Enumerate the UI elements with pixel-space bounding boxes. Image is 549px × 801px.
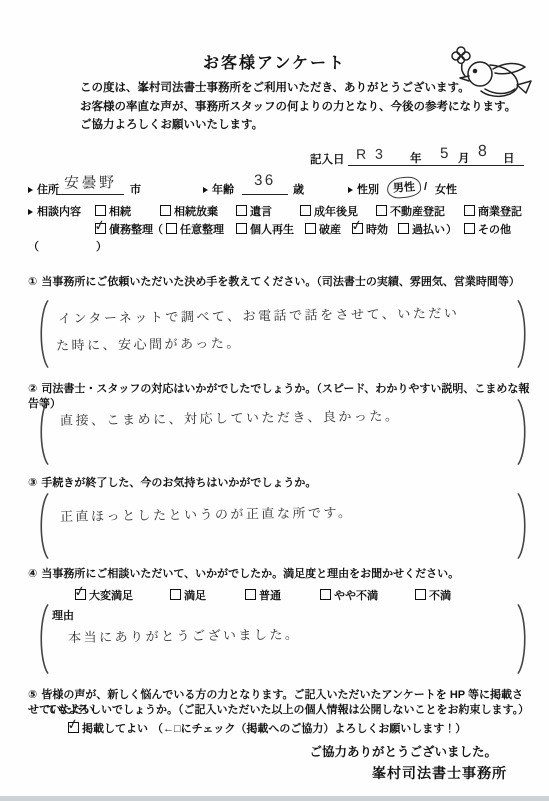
date-line: 記入日 [310, 151, 345, 167]
address-label: 住所 [28, 181, 59, 197]
handwritten-answer-2-line1: 直接、こまめに、対応していただき、良かった。 [60, 405, 401, 429]
checkbox-inheritance-waiver: 相続放棄 [160, 203, 218, 219]
checkbox-box [170, 589, 181, 600]
age-field: 36 [242, 172, 288, 195]
checkbox-box [464, 205, 475, 216]
left-paren-icon [36, 603, 50, 675]
footer-office-name: 峯村司法書士事務所 [372, 763, 507, 783]
checkbox-box [464, 223, 475, 234]
checkbox-box [300, 205, 311, 216]
checkbox-real-estate-registration: 不動産登記 [376, 203, 445, 219]
answer-box-4: 理由 本当にありがとうございました。 [36, 603, 530, 675]
bullet-icon [348, 187, 353, 193]
question-4-number: ④ [28, 567, 37, 582]
age-handwritten: 36 [254, 172, 276, 189]
checkbox-bankruptcy: 破産 [305, 221, 341, 237]
consultation-label: 相談内容 [28, 203, 81, 219]
date-label: 記入日 [310, 154, 345, 166]
gender-male-circled: 男性 [386, 176, 421, 199]
checkbox-prescription: 時効 [352, 221, 388, 237]
question-2-number: ② [28, 382, 37, 397]
checkbox-box [398, 223, 409, 234]
consent-note: （←□にチェック（掲載へのご協力）よろしくお願いします！） [152, 720, 466, 736]
question-4: ④当事務所にご相談いただいて、いかがでしたか。満足度と理由をお聞かせください。 [28, 567, 533, 582]
checkbox-box [245, 589, 256, 600]
left-paren-icon [36, 398, 50, 466]
checkbox-satisfied: 満足 [170, 587, 206, 603]
bullet-icon [203, 187, 208, 193]
gender-label: 性別 [348, 181, 379, 197]
right-paren-icon [516, 603, 530, 675]
question-5-text-line2: てもよろしいでしょうか。（ご記入いただいた以上の個人情報は公開しないことをお約束… [46, 703, 549, 718]
date-underline: R 3 年 5 月 8 日 [348, 140, 524, 166]
date-month-handwritten: 5 [440, 145, 451, 162]
question-3-number: ③ [28, 476, 37, 491]
checkbox-box [236, 205, 247, 216]
age-label: 年齢 [203, 181, 234, 197]
answer-box-2: 直接、こまめに、対応していただき、良かった。 [36, 398, 530, 466]
checkbox-adult-guardianship: 成年後見 [300, 203, 358, 219]
checkbox-box [376, 205, 387, 216]
bird-with-clover-icon [446, 44, 536, 108]
checkbox-box [95, 223, 106, 234]
checkbox-will: 遺言 [236, 203, 272, 219]
left-paren-icon [36, 492, 50, 560]
question-4-text: 当事務所にご相談いただいて、いかがでしたか。満足度と理由をお聞かせください。 [41, 568, 459, 580]
checkbox-box [95, 205, 106, 216]
blank-paren-close: ） [96, 238, 107, 254]
gender-separator: / [424, 181, 427, 193]
question-3-text: 手続きが終了した、今のお気持ちはいかがでしょうか。 [41, 477, 316, 489]
question-3: ③手続きが終了した、今のお気持ちはいかがでしょうか。 [28, 476, 533, 491]
right-paren-icon [516, 492, 530, 560]
checkbox-personal-rehabilitation: 個人再生 [236, 221, 294, 237]
scan-page-edge [0, 796, 549, 801]
bullet-icon [28, 187, 33, 193]
age-suffix: 歳 [293, 181, 304, 197]
checkbox-overpayment: 過払い [398, 221, 445, 237]
checkbox-dissatisfied: 不満 [415, 587, 451, 603]
paren-open: （ [152, 221, 163, 237]
blank-paren-open: （ [28, 238, 39, 254]
question-1: ①当事務所にご依頼いただいた決め手を教えてください。（司法書士の実績、雰囲気、営… [28, 275, 533, 290]
checkbox-box [68, 722, 79, 733]
checkbox-box [236, 223, 247, 234]
handwritten-answer-3-line1: 正直ほっとしたというのが正直な所です。 [60, 502, 354, 525]
date-unit-month: 月 [458, 150, 470, 166]
checkbox-box [166, 223, 177, 234]
date-era-handwritten: R 3 [356, 146, 386, 162]
address-suffix: 市 [130, 181, 141, 197]
checkbox-box [320, 589, 331, 600]
checkbox-box [75, 589, 86, 600]
checkbox-debt-consolidation: 債務整理 [95, 221, 153, 237]
address-field: 安曇野 [56, 172, 124, 195]
checkbox-box [160, 205, 171, 216]
checkbox-somewhat-dissatisfied: やや不満 [320, 587, 378, 603]
answer-box-3: 正直ほっとしたというのが正直な所です。 [36, 492, 530, 560]
answer-box-1: インターネットで調べて、お電話で話をさせて、いただい た時に、安心間があった。 [36, 299, 530, 369]
right-paren-icon [516, 299, 530, 369]
checkbox-neutral: 普通 [245, 587, 281, 603]
bullet-icon [28, 209, 33, 215]
checkbox-voluntary-liquidation: 任意整理 [166, 221, 224, 237]
checkbox-other: その他 [464, 221, 511, 237]
date-unit-year: 年 [410, 150, 422, 166]
checkbox-very-satisfied: 大変満足 [75, 587, 133, 603]
checkbox-box [305, 223, 316, 234]
address-handwritten: 安曇野 [64, 171, 117, 193]
checkbox-box [415, 589, 426, 600]
question-1-number: ① [28, 275, 37, 290]
checkbox-consent-publish: 掲載してよい [68, 720, 148, 736]
footer-thanks: ご協力ありがとうございました。 [309, 742, 497, 760]
date-unit-day: 日 [503, 150, 515, 166]
checkbox-commercial-registration: 商業登記 [464, 203, 522, 219]
left-paren-icon [36, 299, 50, 369]
right-paren-icon [516, 398, 530, 466]
scanned-survey-page: お客様アンケート この度は、峯村司法書士事務所をご利用いただき、ありがとうござい… [0, 0, 549, 801]
handwritten-answer-1-line1: インターネットで調べて、お電話で話をさせて、いただい [58, 302, 460, 327]
date-day-handwritten: 8 [478, 143, 490, 161]
handwritten-answer-1-line2: た時に、安心間があった。 [56, 332, 242, 354]
intro-line-3: ご協力よろしくお願いいたします。 [80, 116, 516, 135]
question-5-number: ⑤ [28, 688, 37, 703]
handwritten-answer-4-line1: 本当にありがとうございました。 [68, 624, 301, 646]
gender-female: 女性 [435, 181, 457, 197]
checkbox-box [352, 223, 363, 234]
question-1-text: 当事務所にご依頼いただいた決め手を教えてください。（司法書士の実績、雰囲気、営業… [41, 276, 520, 288]
reason-label: 理由 [52, 607, 74, 623]
paren-close: ） [446, 221, 457, 237]
